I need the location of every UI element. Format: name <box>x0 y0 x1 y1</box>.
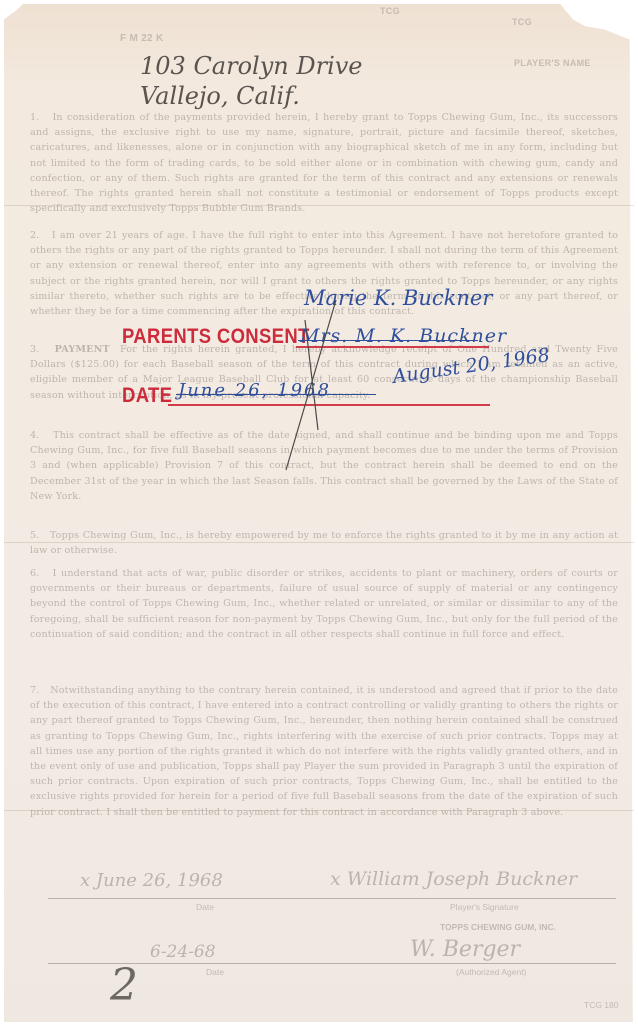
player-signature-line <box>48 898 616 899</box>
player-date-caption: Date <box>196 902 214 912</box>
player-signature: x William Joseph Buckner <box>330 868 577 890</box>
handwritten-page-number: 2 <box>110 960 138 1011</box>
agent-signature: W. Berger <box>410 937 520 962</box>
player-signature-caption: Player's Signature <box>450 902 519 912</box>
agent-sign-date: 6-24-68 <box>150 942 216 962</box>
form-code: TCG 180 <box>584 1000 619 1010</box>
company-name: TOPPS CHEWING GUM, INC. <box>440 922 556 932</box>
agent-caption: (Authorized Agent) <box>456 967 526 977</box>
agent-date-caption: Date <box>206 967 224 977</box>
player-sign-date: x June 26, 1968 <box>80 870 223 891</box>
